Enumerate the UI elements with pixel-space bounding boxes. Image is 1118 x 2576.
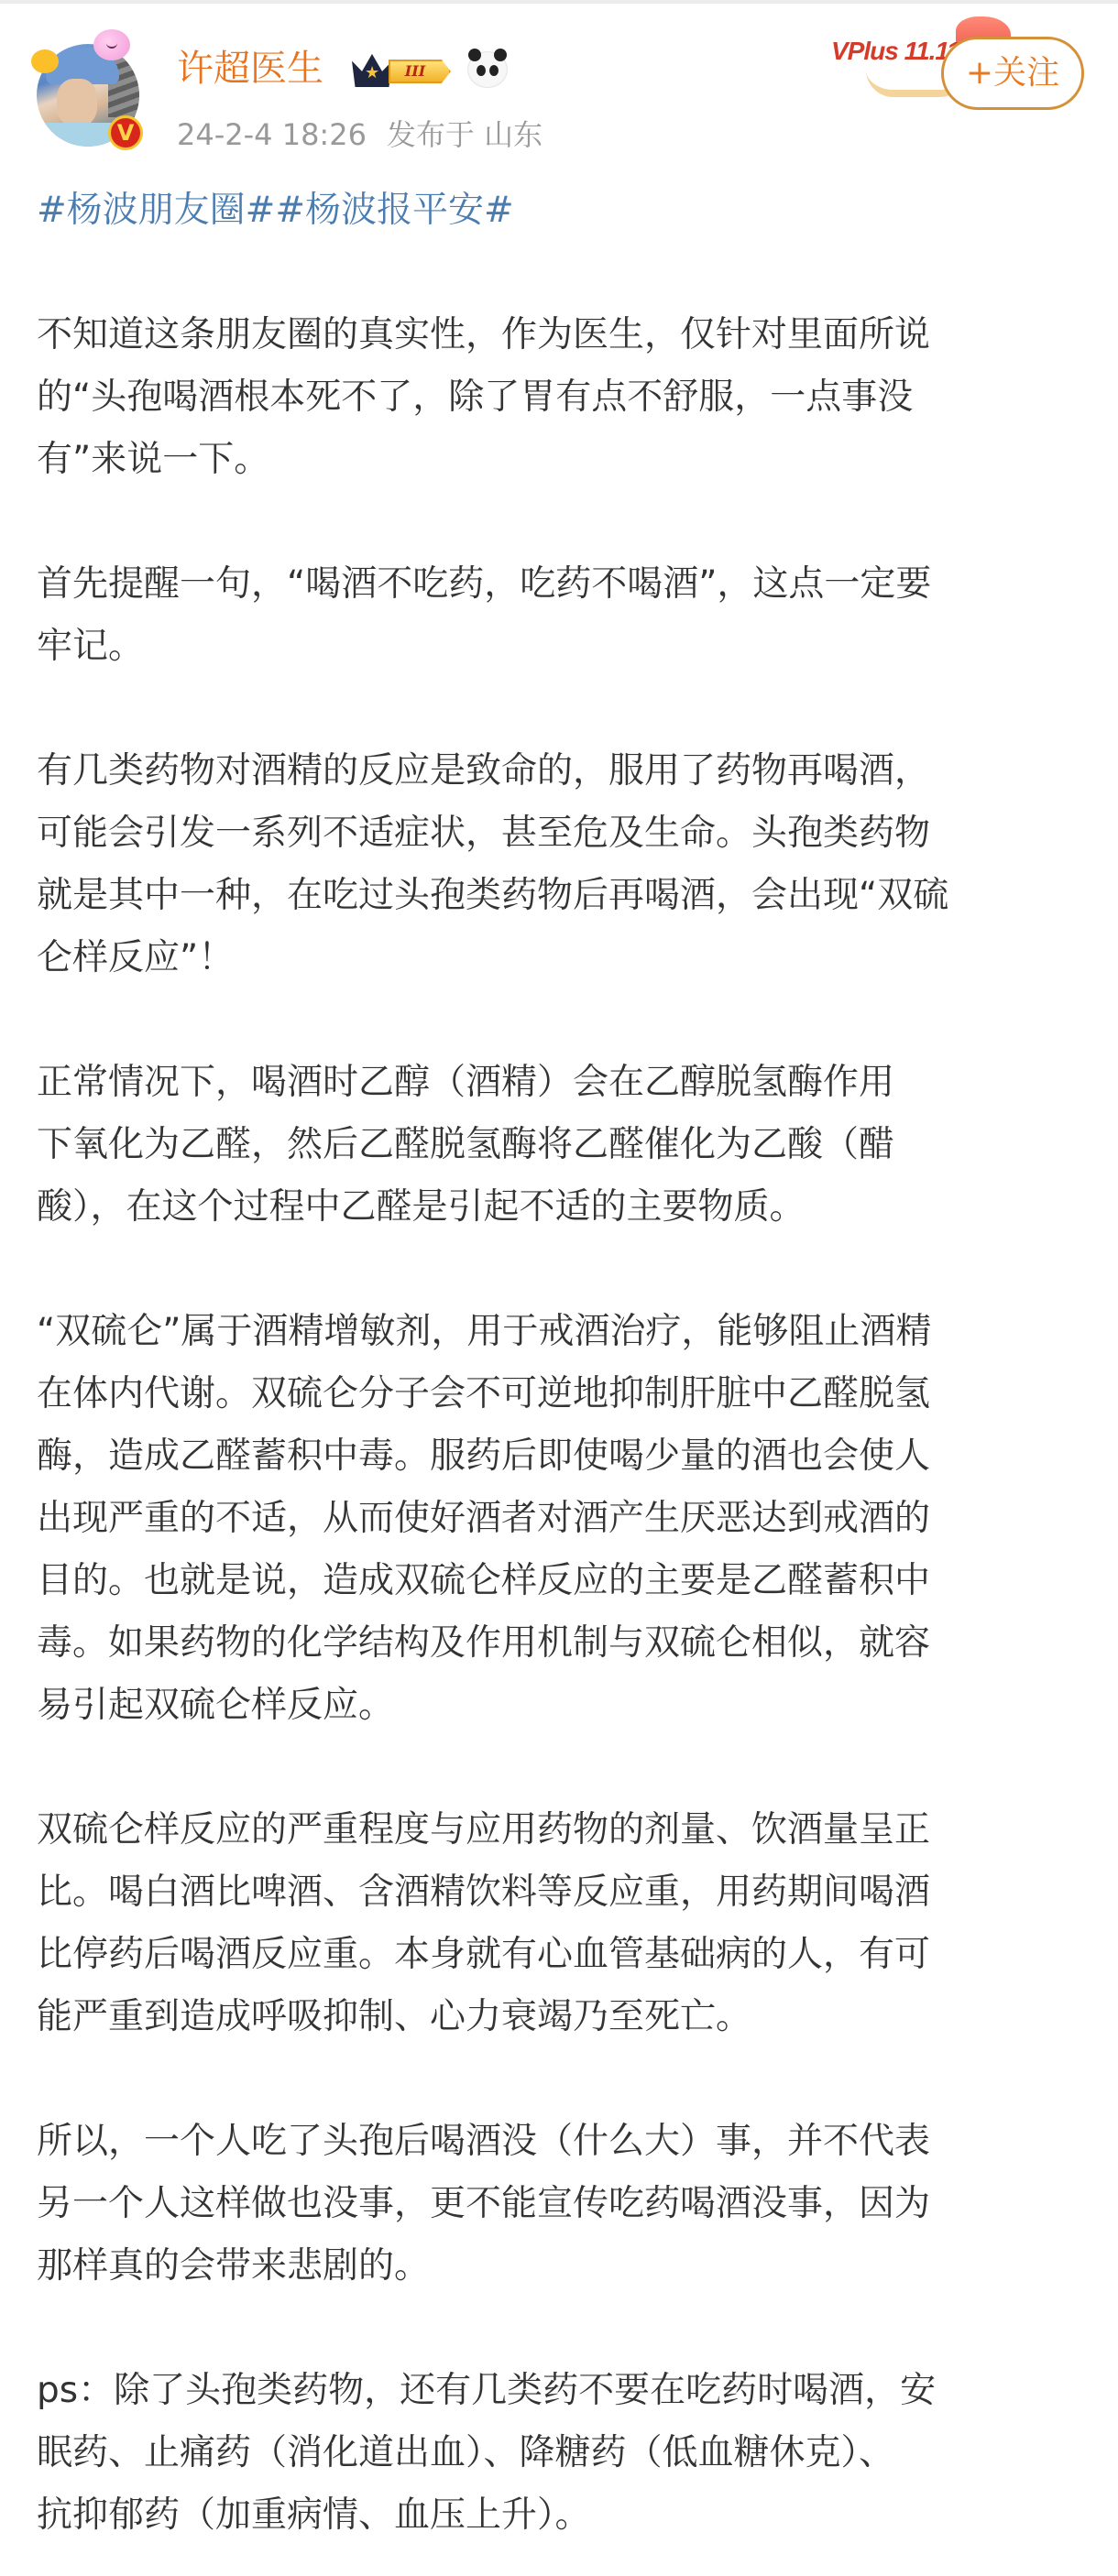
text-line: 可能会引发一系列不适症状，甚至危及生命。头孢类药物 xyxy=(37,802,1091,865)
hashtag-link[interactable]: #杨波报平安# xyxy=(275,190,513,231)
paragraph: 有几类药物对酒精的反应是致命的，服用了药物再喝酒， 可能会引发一系列不适症状，甚… xyxy=(37,740,1091,989)
text-line: 抗抑郁药（加重病情、血压上升）。 xyxy=(37,2484,1091,2547)
text-line: 所以，一个人吃了头孢后喝酒没（什么大）事，并不代表 xyxy=(37,2111,1091,2173)
text-line: 那样真的会带来悲剧的。 xyxy=(37,2235,1091,2298)
vplus-logo: VPlus 11.11 xyxy=(831,37,960,66)
member-level-badge[interactable]: ★ III xyxy=(352,52,458,87)
location: 发布于 山东 xyxy=(387,117,543,152)
avatar[interactable]: V xyxy=(37,44,141,148)
text-line: 酶，造成乙醛蓄积中毒。服药后即使喝少量的酒也会使人 xyxy=(37,1425,1091,1488)
text-line: 牢记。 xyxy=(37,616,1091,678)
post-meta: 24-2-4 18:26发布于 山东 xyxy=(177,114,543,156)
text-line: 就是其中一种，在吃过头孢类药物后再喝酒，会出现“双硫 xyxy=(37,865,1091,927)
text-line: 毒。如果药物的化学结构及作用机制与双硫仑相似，就容 xyxy=(37,1612,1091,1675)
paragraph: 不知道这条朋友圈的真实性，作为医生，仅针对里面所说 的“头孢喝酒根本死不了，除了… xyxy=(37,304,1091,491)
star-icon: ★ xyxy=(365,65,379,82)
text-line: 不知道这条朋友圈的真实性，作为医生，仅针对里面所说 xyxy=(37,304,1091,366)
paragraph: 所以，一个人吃了头孢后喝酒没（什么大）事，并不代表 另一个人这样做也没事，更不能… xyxy=(37,2111,1091,2298)
paragraph: 首先提醒一句，“喝酒不吃药，吃药不喝酒”，这点一定要 牢记。 xyxy=(37,553,1091,678)
pink-heart-decoration-icon xyxy=(93,29,130,60)
text-line: 的“头孢喝酒根本死不了，除了胃有点不舒服，一点事没 xyxy=(37,366,1091,429)
text-line: “双硫仑”属于酒精增敏剂，用于戒酒治疗，能够阻止酒精 xyxy=(37,1301,1091,1363)
panda-icon[interactable] xyxy=(467,51,508,88)
yellow-heart-decoration-icon xyxy=(31,49,59,73)
verified-badge-icon: V xyxy=(108,115,143,150)
text-line: 有几类药物对酒精的反应是致命的，服用了药物再喝酒， xyxy=(37,740,1091,802)
top-divider xyxy=(0,0,1118,4)
text-line: 眠药、止痛药（消化道出血）、降糖药（低血糖休克）、 xyxy=(37,2422,1091,2484)
text-line: 仑样反应”！ xyxy=(37,927,1091,989)
hashtag-row: #杨波朋友圈##杨波报平安# xyxy=(37,180,1091,242)
text-line: 双硫仑样反应的严重程度与应用药物的剂量、饮酒量呈正 xyxy=(37,1799,1091,1861)
paragraph: ps：除了头孢类药物，还有几类药不要在吃药时喝酒，安 眠药、止痛药（消化道出血）… xyxy=(37,2360,1091,2547)
username[interactable]: 许超医生 xyxy=(177,44,323,93)
text-line: 另一个人这样做也没事，更不能宣传吃药喝酒没事，因为 xyxy=(37,2173,1091,2235)
post-content: #杨波朋友圈##杨波报平安# 不知道这条朋友圈的真实性，作为医生，仅针对里面所说… xyxy=(37,180,1091,2547)
hashtag-link[interactable]: #杨波朋友圈# xyxy=(37,190,275,231)
paragraph: “双硫仑”属于酒精增敏剂，用于戒酒治疗，能够阻止酒精 在体内代谢。双硫仑分子会不… xyxy=(37,1301,1091,1737)
timestamp: 24-2-4 18:26 xyxy=(177,117,367,152)
text-line: 正常情况下，喝酒时乙醇（酒精）会在乙醇脱氢酶作用 xyxy=(37,1052,1091,1114)
text-line: 易引起双硫仑样反应。 xyxy=(37,1675,1091,1737)
paragraph: 双硫仑样反应的严重程度与应用药物的剂量、饮酒量呈正 比。喝白酒比啤酒、含酒精饮料… xyxy=(37,1799,1091,2048)
text-line: ps：除了头孢类药物，还有几类药不要在吃药时喝酒，安 xyxy=(37,2360,1091,2422)
text-line: 首先提醒一句，“喝酒不吃药，吃药不喝酒”，这点一定要 xyxy=(37,553,1091,616)
text-line: 酸），在这个过程中乙醛是引起不适的主要物质。 xyxy=(37,1176,1091,1239)
text-line: 能严重到造成呼吸抑制、心力衰竭乃至死亡。 xyxy=(37,1986,1091,2048)
text-line: 比。喝白酒比啤酒、含酒精饮料等反应重，用药期间喝酒 xyxy=(37,1861,1091,1924)
text-line: 有”来说一下。 xyxy=(37,429,1091,491)
text-line: 目的。也就是说，造成双硫仑样反应的主要是乙醛蓄积中 xyxy=(37,1550,1091,1612)
text-line: 下氧化为乙醛，然后乙醛脱氢酶将乙醛催化为乙酸（醋 xyxy=(37,1114,1091,1176)
text-line: 在体内代谢。双硫仑分子会不可逆地抑制肝脏中乙醛脱氢 xyxy=(37,1363,1091,1425)
follow-button[interactable]: +关注 xyxy=(941,37,1084,110)
level-tag: III xyxy=(389,60,451,83)
text-line: 出现严重的不适，从而使好酒者对酒产生厌恶达到戒酒的 xyxy=(37,1488,1091,1550)
paragraph: 正常情况下，喝酒时乙醇（酒精）会在乙醇脱氢酶作用 下氧化为乙醛，然后乙醛脱氢酶将… xyxy=(37,1052,1091,1239)
text-line: 比停药后喝酒反应重。本身就有心血管基础病的人，有可 xyxy=(37,1924,1091,1986)
